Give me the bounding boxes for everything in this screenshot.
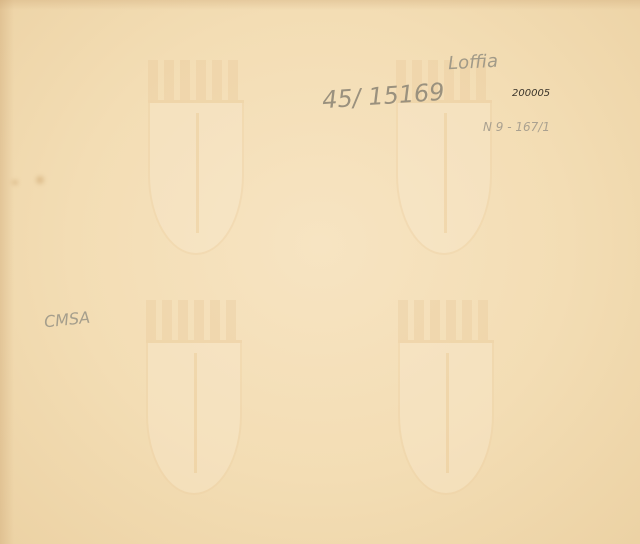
foxing-stain (12, 180, 18, 185)
crown-icon (148, 60, 244, 103)
bleed-through-emblem-bottom-right (398, 300, 494, 495)
crown-icon (398, 300, 494, 343)
paper-left-edge-shadow (0, 0, 14, 544)
shield-icon (396, 103, 492, 255)
bleed-through-emblem-top-left (148, 60, 244, 255)
bleed-through-emblem-bottom-left (146, 300, 242, 495)
pencil-name-note: Loffia (447, 51, 498, 75)
paper-sheet: 45/ 15169 Loffia 200005 N 9 - 167/1 CMSA (0, 0, 640, 544)
shield-icon (398, 343, 494, 495)
shield-icon (146, 343, 242, 495)
pencil-inventory-number: N 9 - 167/1 (483, 120, 550, 134)
crown-icon (146, 300, 242, 343)
shield-icon (148, 103, 244, 255)
foxing-stain (36, 176, 44, 184)
paper-top-edge-shadow (0, 0, 640, 10)
pencil-collection-mark: CMSA (43, 308, 91, 332)
ink-code-number: 200005 (512, 88, 550, 99)
